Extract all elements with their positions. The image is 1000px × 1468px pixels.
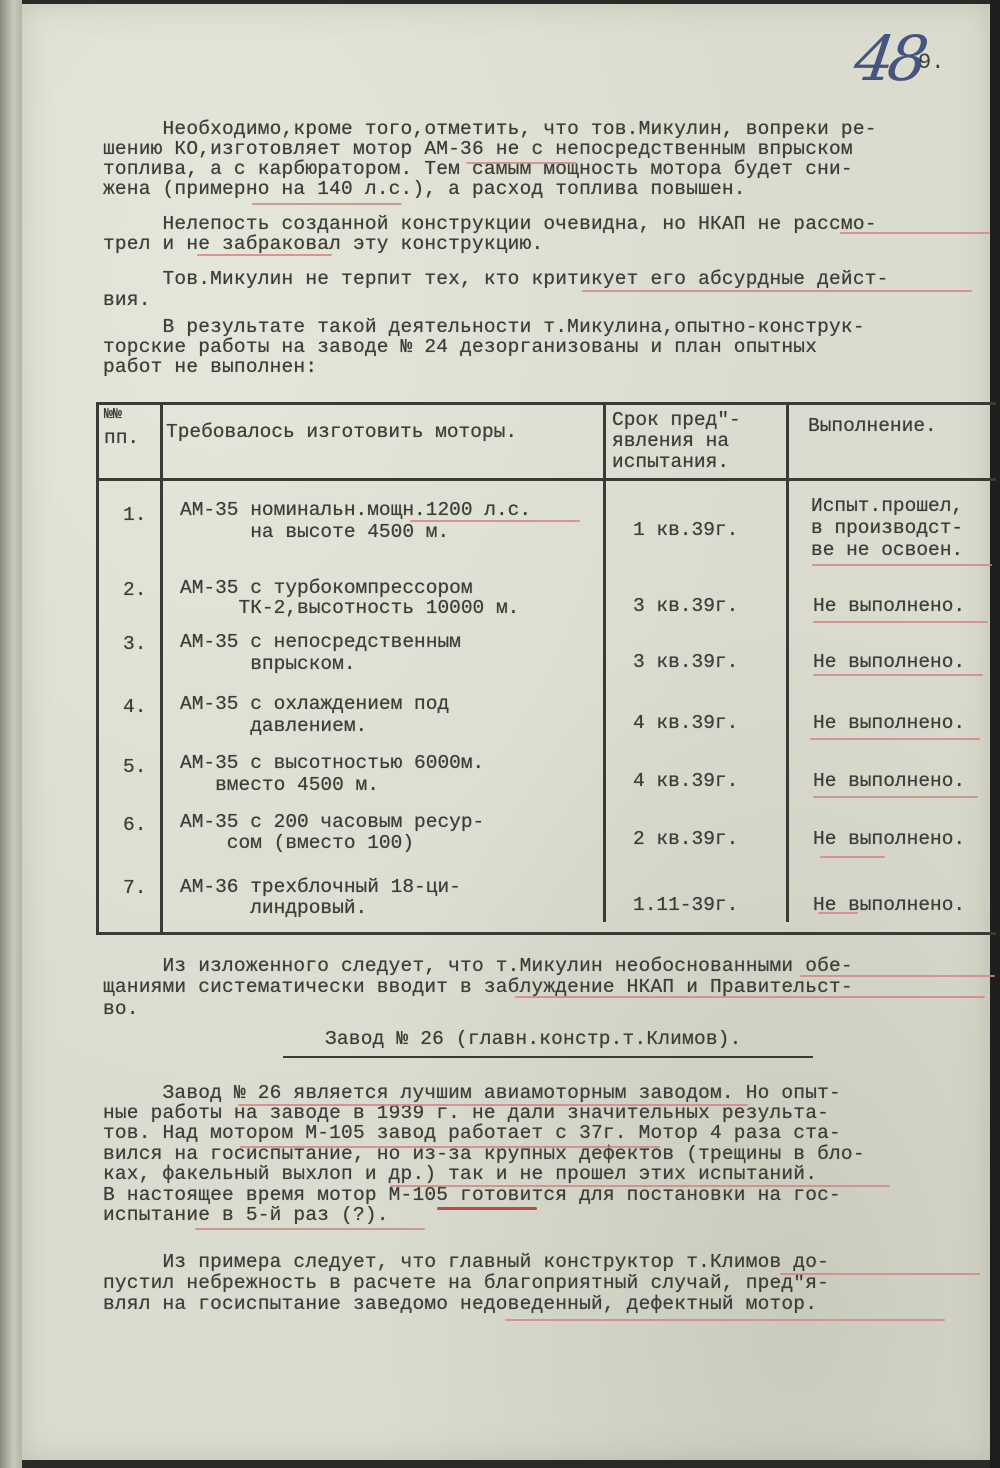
row-motor: впрыском.	[180, 654, 356, 675]
paragraph-line: жена (примерно на 140 л.с.), а расход то…	[103, 180, 746, 199]
paragraph-line: торские работы на заводе № 24 дезорганиз…	[103, 338, 817, 357]
row-status: ве не освоен.	[811, 540, 963, 561]
page-shadow	[990, 0, 1000, 1468]
header-status: Выполнение.	[808, 416, 937, 437]
row-motor: АМ-35 с высотностью 6000м.	[180, 753, 484, 774]
paragraph-line: тов. Над мотором М-105 завод работает с …	[103, 1124, 841, 1143]
header-num-2: пп.	[104, 428, 139, 449]
red-underline	[437, 1207, 537, 1210]
paragraph-line: Нелепость созданной конструкции очевидна…	[103, 215, 877, 234]
row-status: Испыт.прошел,	[811, 496, 963, 517]
row-deadline: 1 кв.39г.	[633, 520, 738, 541]
paragraph-line: во.	[103, 1000, 139, 1019]
row-motor: линдровый.	[180, 898, 367, 919]
row-deadline: 3 кв.39г.	[633, 652, 738, 673]
row-deadline: 4 кв.39г.	[633, 771, 738, 792]
pencil-underline	[780, 1273, 980, 1275]
heading-underline	[283, 1056, 813, 1058]
pencil-underline	[818, 912, 858, 914]
paragraph-line: В настоящее время мотор М-105 готовится …	[103, 1186, 841, 1205]
paragraph-line: В результате такой деятельности т.Микули…	[103, 318, 865, 337]
row-deadline: 1.11-39г.	[633, 895, 738, 916]
table-border	[160, 402, 163, 934]
header-num-1: №№	[104, 406, 122, 423]
pencil-underline	[466, 162, 576, 164]
pencil-underline	[812, 564, 992, 566]
table-border	[96, 932, 996, 935]
binding-edge	[0, 0, 22, 1468]
row-num: 7.	[123, 878, 146, 899]
pencil-underline	[582, 290, 972, 292]
row-motor: АМ-35 номинальн.мощн.1200 л.с.	[180, 500, 531, 521]
pencil-underline	[813, 796, 978, 798]
pencil-underline	[238, 1104, 748, 1106]
row-motor: вместо 4500 м.	[180, 775, 379, 796]
row-num: 1.	[123, 505, 146, 526]
paragraph-line: Тов.Микулин не терпит тех, кто критикует…	[103, 270, 889, 289]
row-motor: АМ-35 с охлаждением под	[180, 694, 449, 715]
handwritten-page-number: 48	[850, 22, 927, 95]
pencil-underline	[505, 1319, 945, 1321]
row-motor: сом (вместо 100)	[180, 833, 414, 854]
pencil-underline	[240, 1146, 660, 1148]
row-status: Не выполнено.	[813, 829, 965, 850]
paragraph-line: работ не выполнен:	[103, 358, 317, 377]
row-status: Не выполнено.	[813, 596, 965, 617]
paragraph-line: испытание в 5-й раз (?).	[103, 1206, 389, 1225]
paragraph-line: щаниями систематически вводит в заблужде…	[103, 978, 853, 997]
row-deadline: 4 кв.39г.	[633, 713, 738, 734]
row-deadline: 3 кв.39г.	[633, 596, 738, 617]
pencil-underline	[410, 520, 580, 522]
paragraph-line: шению КО,изготовляет мотор АМ-36 не с не…	[103, 140, 853, 159]
pencil-underline	[800, 975, 995, 977]
paragraph-line: влял на госиспытание заведомо недоведенн…	[103, 1295, 817, 1314]
header-deadline-2: явления на	[612, 431, 729, 452]
row-deadline: 2 кв.39г.	[633, 829, 738, 850]
paragraph-line: Из примера следует, что главный конструк…	[103, 1253, 829, 1272]
pencil-underline	[820, 856, 885, 858]
table-border	[96, 402, 996, 405]
row-num: 5.	[123, 757, 146, 778]
table-border	[96, 402, 99, 934]
paragraph-line: Необходимо,кроме того,отметить, что тов.…	[103, 120, 877, 139]
row-status: Не выполнено.	[813, 771, 965, 792]
pencil-underline	[813, 621, 988, 623]
paragraph-line: Из изложенного следует, что т.Микулин не…	[103, 957, 853, 976]
row-motor: АМ-36 трехблочный 18-ци-	[180, 877, 461, 898]
paragraph-line: ках, факельный выхлоп и др.) так и не пр…	[103, 1165, 817, 1184]
table-border	[96, 478, 996, 481]
header-deadline-1: Срок пред"-	[612, 410, 741, 431]
header-deadline-3: испытания.	[612, 452, 729, 473]
row-motor: АМ-35 с 200 часовым ресур-	[180, 812, 484, 833]
row-motor: АМ-35 с турбокомпрессором	[180, 578, 473, 599]
row-num: 3.	[123, 634, 146, 655]
row-num: 2.	[123, 580, 146, 601]
pencil-underline	[813, 674, 983, 676]
paragraph-line: пустил небрежность в расчете на благопри…	[103, 1274, 829, 1293]
row-motor: ТК-2,высотность 10000 м.	[180, 598, 519, 619]
table-border	[603, 402, 606, 922]
row-motor: на высоте 4500 м.	[180, 522, 449, 543]
pencil-underline	[810, 738, 980, 740]
paragraph-line: ные работы на заводе в 1939 г. не дали з…	[103, 1104, 829, 1123]
row-num: 4.	[123, 697, 146, 718]
row-num: 6.	[123, 815, 146, 836]
row-status: в производст-	[811, 518, 963, 539]
pencil-underline	[390, 1185, 890, 1187]
pencil-underline	[197, 254, 332, 256]
row-motor: АМ-35 с непосредственным	[180, 632, 461, 653]
table-border	[786, 402, 789, 922]
pencil-underline	[252, 203, 402, 205]
paragraph-line: Завод № 26 является лучшим авиамоторным …	[103, 1084, 841, 1103]
paragraph-line: трел и не забраковал эту конструкцию.	[103, 235, 543, 254]
row-status: Не выполнено.	[813, 652, 965, 673]
typed-page-number: 9.	[918, 50, 944, 75]
row-motor: давлением.	[180, 716, 367, 737]
section-heading: Завод № 26 (главн.констр.т.Климов).	[325, 1030, 742, 1049]
pencil-underline	[840, 232, 990, 234]
paragraph-line: вия.	[103, 291, 151, 310]
row-status: Не выполнено.	[813, 713, 965, 734]
header-required: Требовалось изготовить моторы.	[166, 422, 517, 443]
pencil-underline	[515, 996, 985, 998]
pencil-underline	[195, 1228, 425, 1230]
